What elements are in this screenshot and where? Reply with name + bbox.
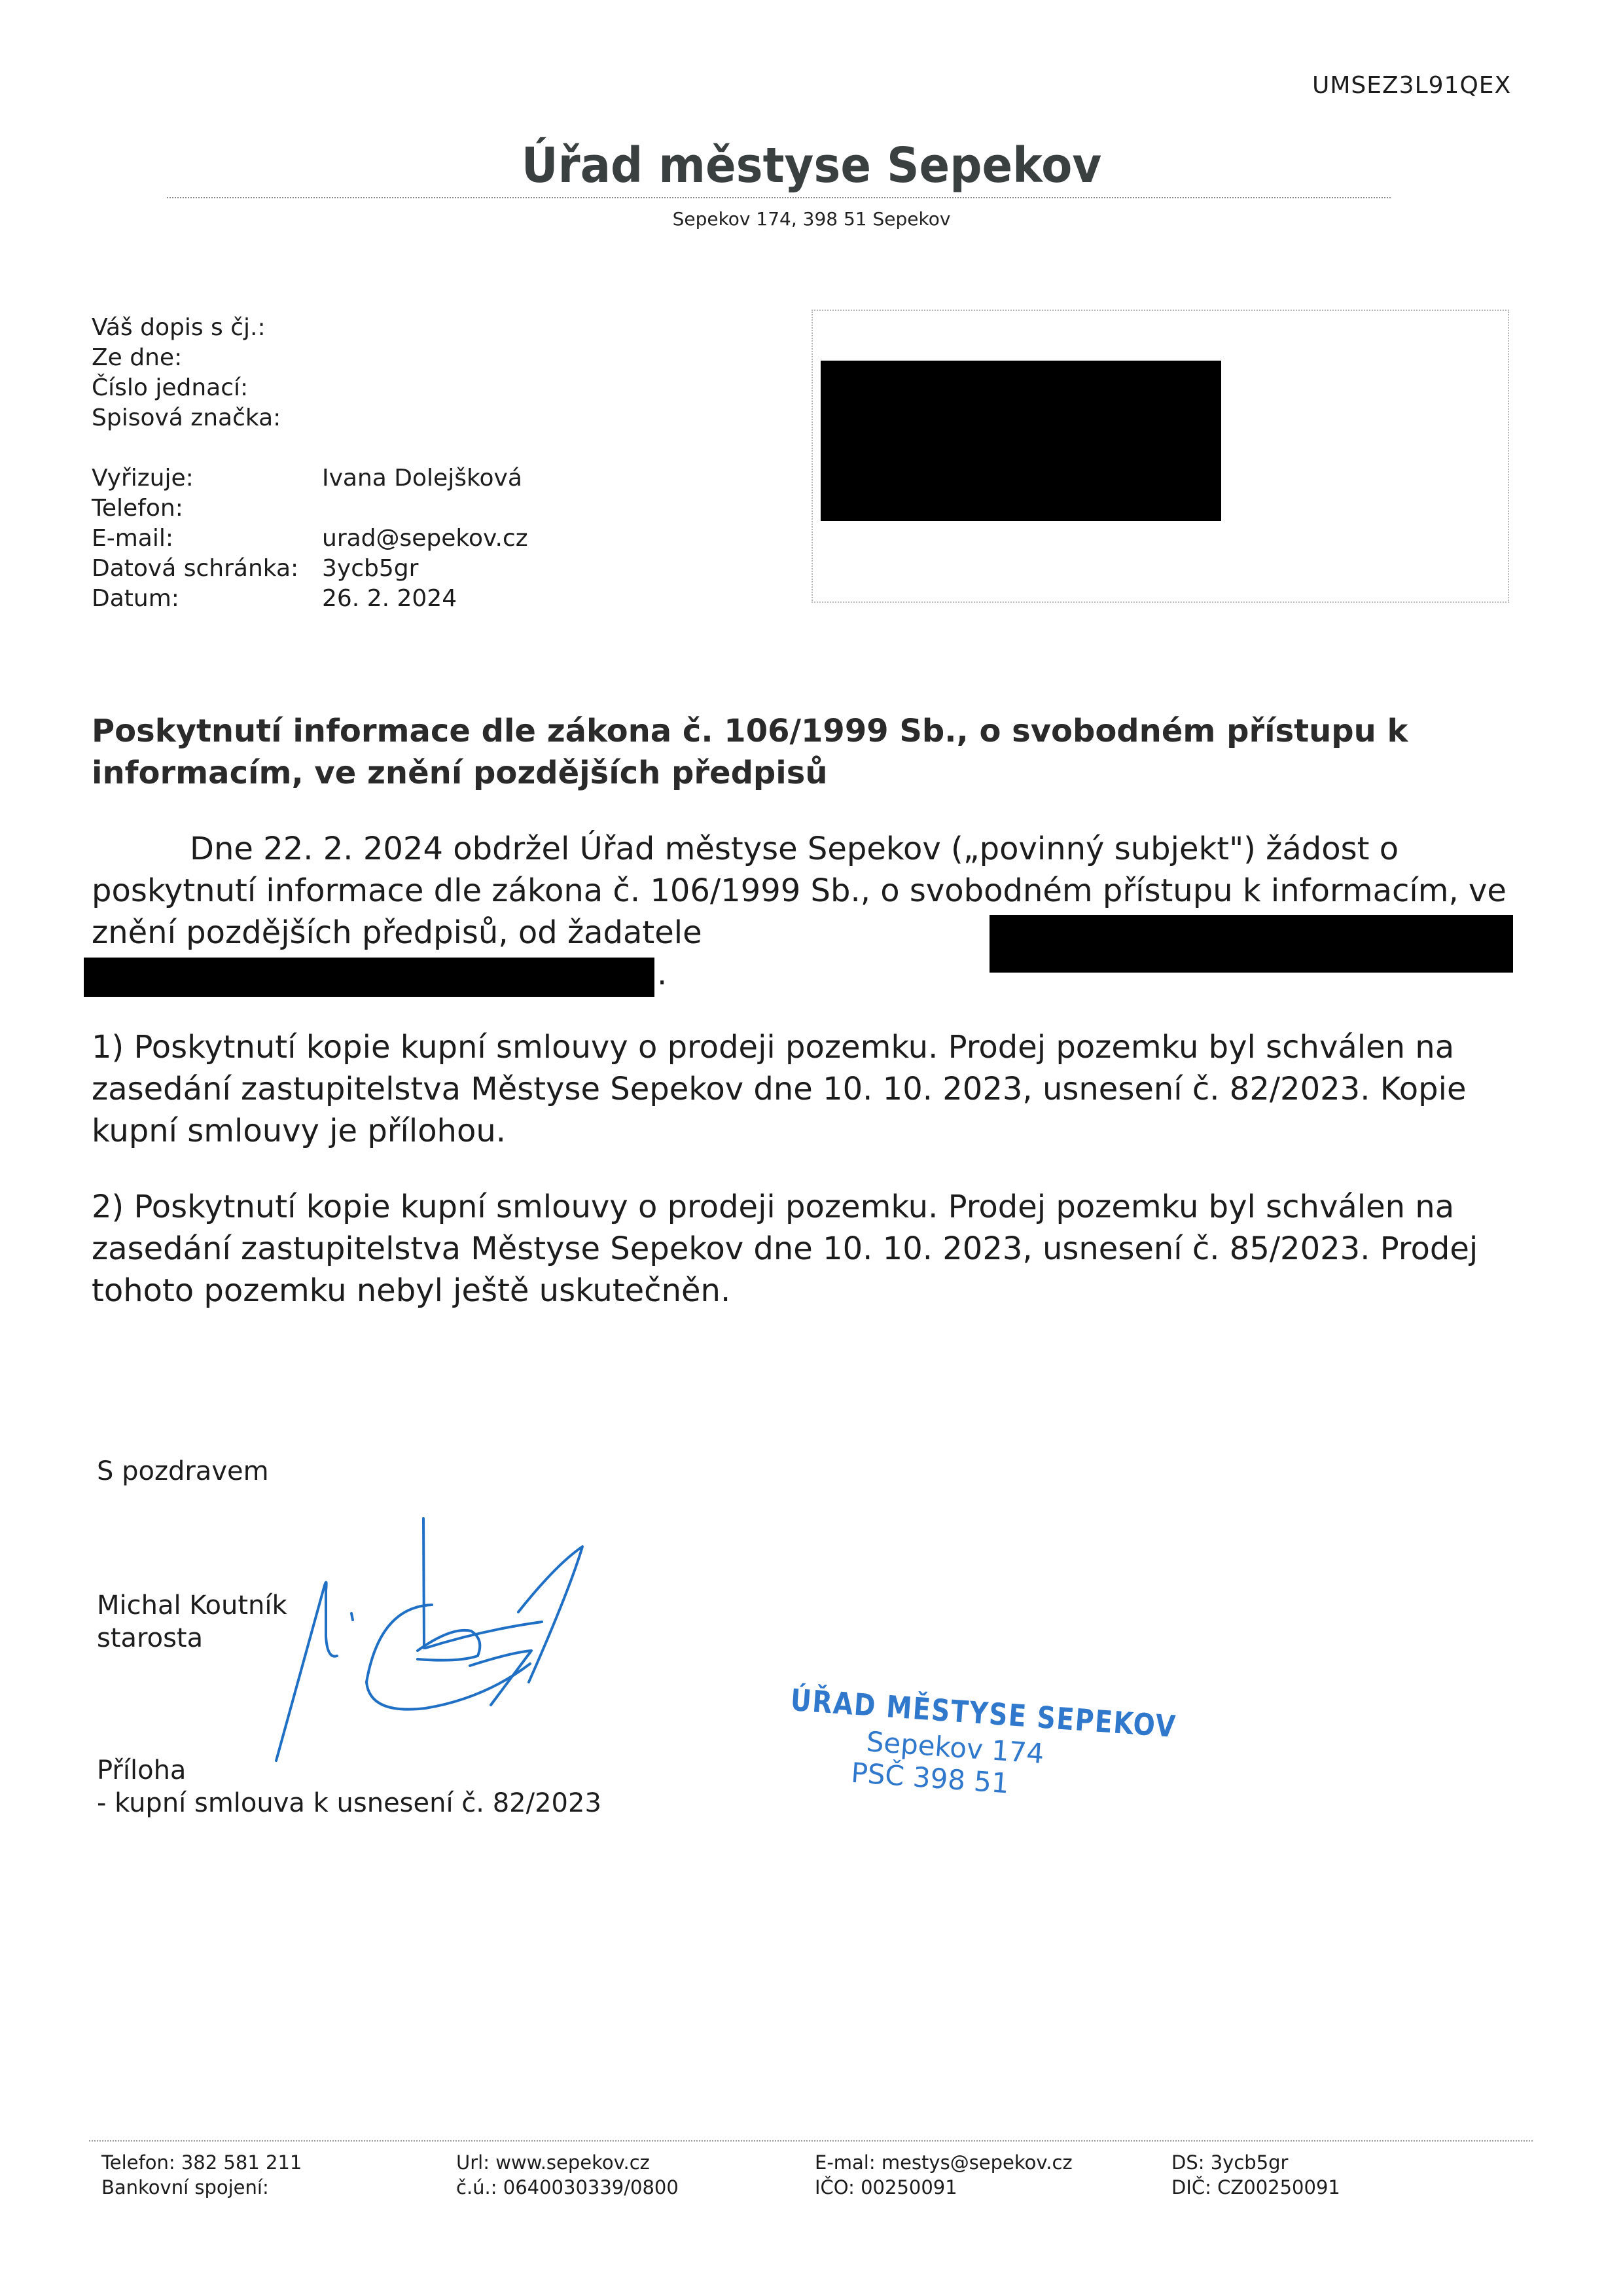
meta-label: Spisová značka:	[92, 403, 322, 433]
meta-row-date: Datum:26. 2. 2024	[92, 584, 528, 614]
meta-value: 3ycb5gr	[322, 554, 418, 584]
meta-row-data-box: Datová schránka:3ycb5gr	[92, 554, 528, 584]
footer-phone-bank: Telefon: 382 581 211 Bankovní spojení:	[101, 2150, 302, 2200]
meta-value: urad@sepekov.cz	[322, 524, 528, 554]
meta-row-case-number: Číslo jednací:	[92, 373, 528, 403]
meta-row-ref: Váš dopis s čj.:	[92, 313, 528, 343]
meta-value: Ivana Dolejšková	[322, 463, 522, 493]
redacted-applicant-address	[84, 958, 654, 997]
footer-email-ico: E-mal: mestys@sepekov.cz IČO: 00250091	[815, 2150, 1073, 2200]
signer-block: Michal Koutník starosta	[97, 1589, 287, 1655]
attachments-heading: Příloha	[97, 1754, 601, 1787]
meta-label: Ze dne:	[92, 343, 322, 373]
document-id: UMSEZ3L91QEX	[1312, 72, 1511, 99]
meta-label: Telefon:	[92, 493, 322, 524]
meta-label: Datová schránka:	[92, 554, 322, 584]
footer-divider	[89, 2140, 1533, 2142]
office-stamp: ÚŘAD MĚSTYSE SEPEKOV Sepekov 174 PSČ 398…	[785, 1682, 1245, 1816]
header-divider	[167, 197, 1391, 198]
item-paragraph-1: 1) Poskytnutí kopie kupní smlouvy o prod…	[92, 1026, 1531, 1152]
intro-end: .	[657, 956, 667, 992]
meta-row-date-of: Ze dne:	[92, 343, 528, 373]
footer-account: č.ú.: 0640030339/0800	[456, 2175, 679, 2200]
footer-ds-dic: DS: 3ycb5gr DIČ: CZ00250091	[1171, 2150, 1340, 2200]
meta-value: 26. 2. 2024	[322, 584, 457, 614]
meta-label: Datum:	[92, 584, 322, 614]
footer-bank: Bankovní spojení:	[101, 2175, 302, 2200]
signer-title: starosta	[97, 1622, 287, 1655]
organization-title: Úřad městyse Sepekov	[57, 137, 1566, 194]
footer-ds: DS: 3ycb5gr	[1171, 2150, 1340, 2175]
footer-email: E-mal: mestys@sepekov.cz	[815, 2150, 1073, 2175]
footer-ico: IČO: 00250091	[815, 2175, 1073, 2200]
organization-address: Sepekov 174, 398 51 Sepekov	[0, 208, 1623, 230]
letter-subject: Poskytnutí informace dle zákona č. 106/1…	[92, 710, 1531, 794]
closing-greeting: S pozdravem	[97, 1456, 269, 1486]
meta-row-handled-by: Vyřizuje:Ivana Dolejšková	[92, 463, 528, 493]
footer-dic: DIČ: CZ00250091	[1171, 2175, 1340, 2200]
meta-row-file-mark: Spisová značka:	[92, 403, 528, 433]
attachment-item: - kupní smlouva k usnesení č. 82/2023	[97, 1787, 601, 1820]
signer-name: Michal Koutník	[97, 1589, 287, 1622]
meta-row-phone: Telefon:	[92, 493, 528, 524]
redacted-recipient-address	[821, 361, 1221, 521]
footer-url: Url: www.sepekov.cz	[456, 2150, 679, 2175]
attachments-block: Příloha - kupní smlouva k usnesení č. 82…	[97, 1754, 601, 1820]
footer-phone: Telefon: 382 581 211	[101, 2150, 302, 2175]
meta-label: Číslo jednací:	[92, 373, 322, 403]
footer-url-account: Url: www.sepekov.cz č.ú.: 0640030339/080…	[456, 2150, 679, 2200]
item-paragraph-2: 2) Poskytnutí kopie kupní smlouvy o prod…	[92, 1186, 1531, 1312]
meta-row-email: E-mail:urad@sepekov.cz	[92, 524, 528, 554]
letter-meta: Váš dopis s čj.: Ze dne: Číslo jednací: …	[92, 313, 528, 614]
meta-label: E-mail:	[92, 524, 322, 554]
meta-label: Vyřizuje:	[92, 463, 322, 493]
redacted-applicant-name	[990, 915, 1513, 973]
meta-label: Váš dopis s čj.:	[92, 313, 322, 343]
